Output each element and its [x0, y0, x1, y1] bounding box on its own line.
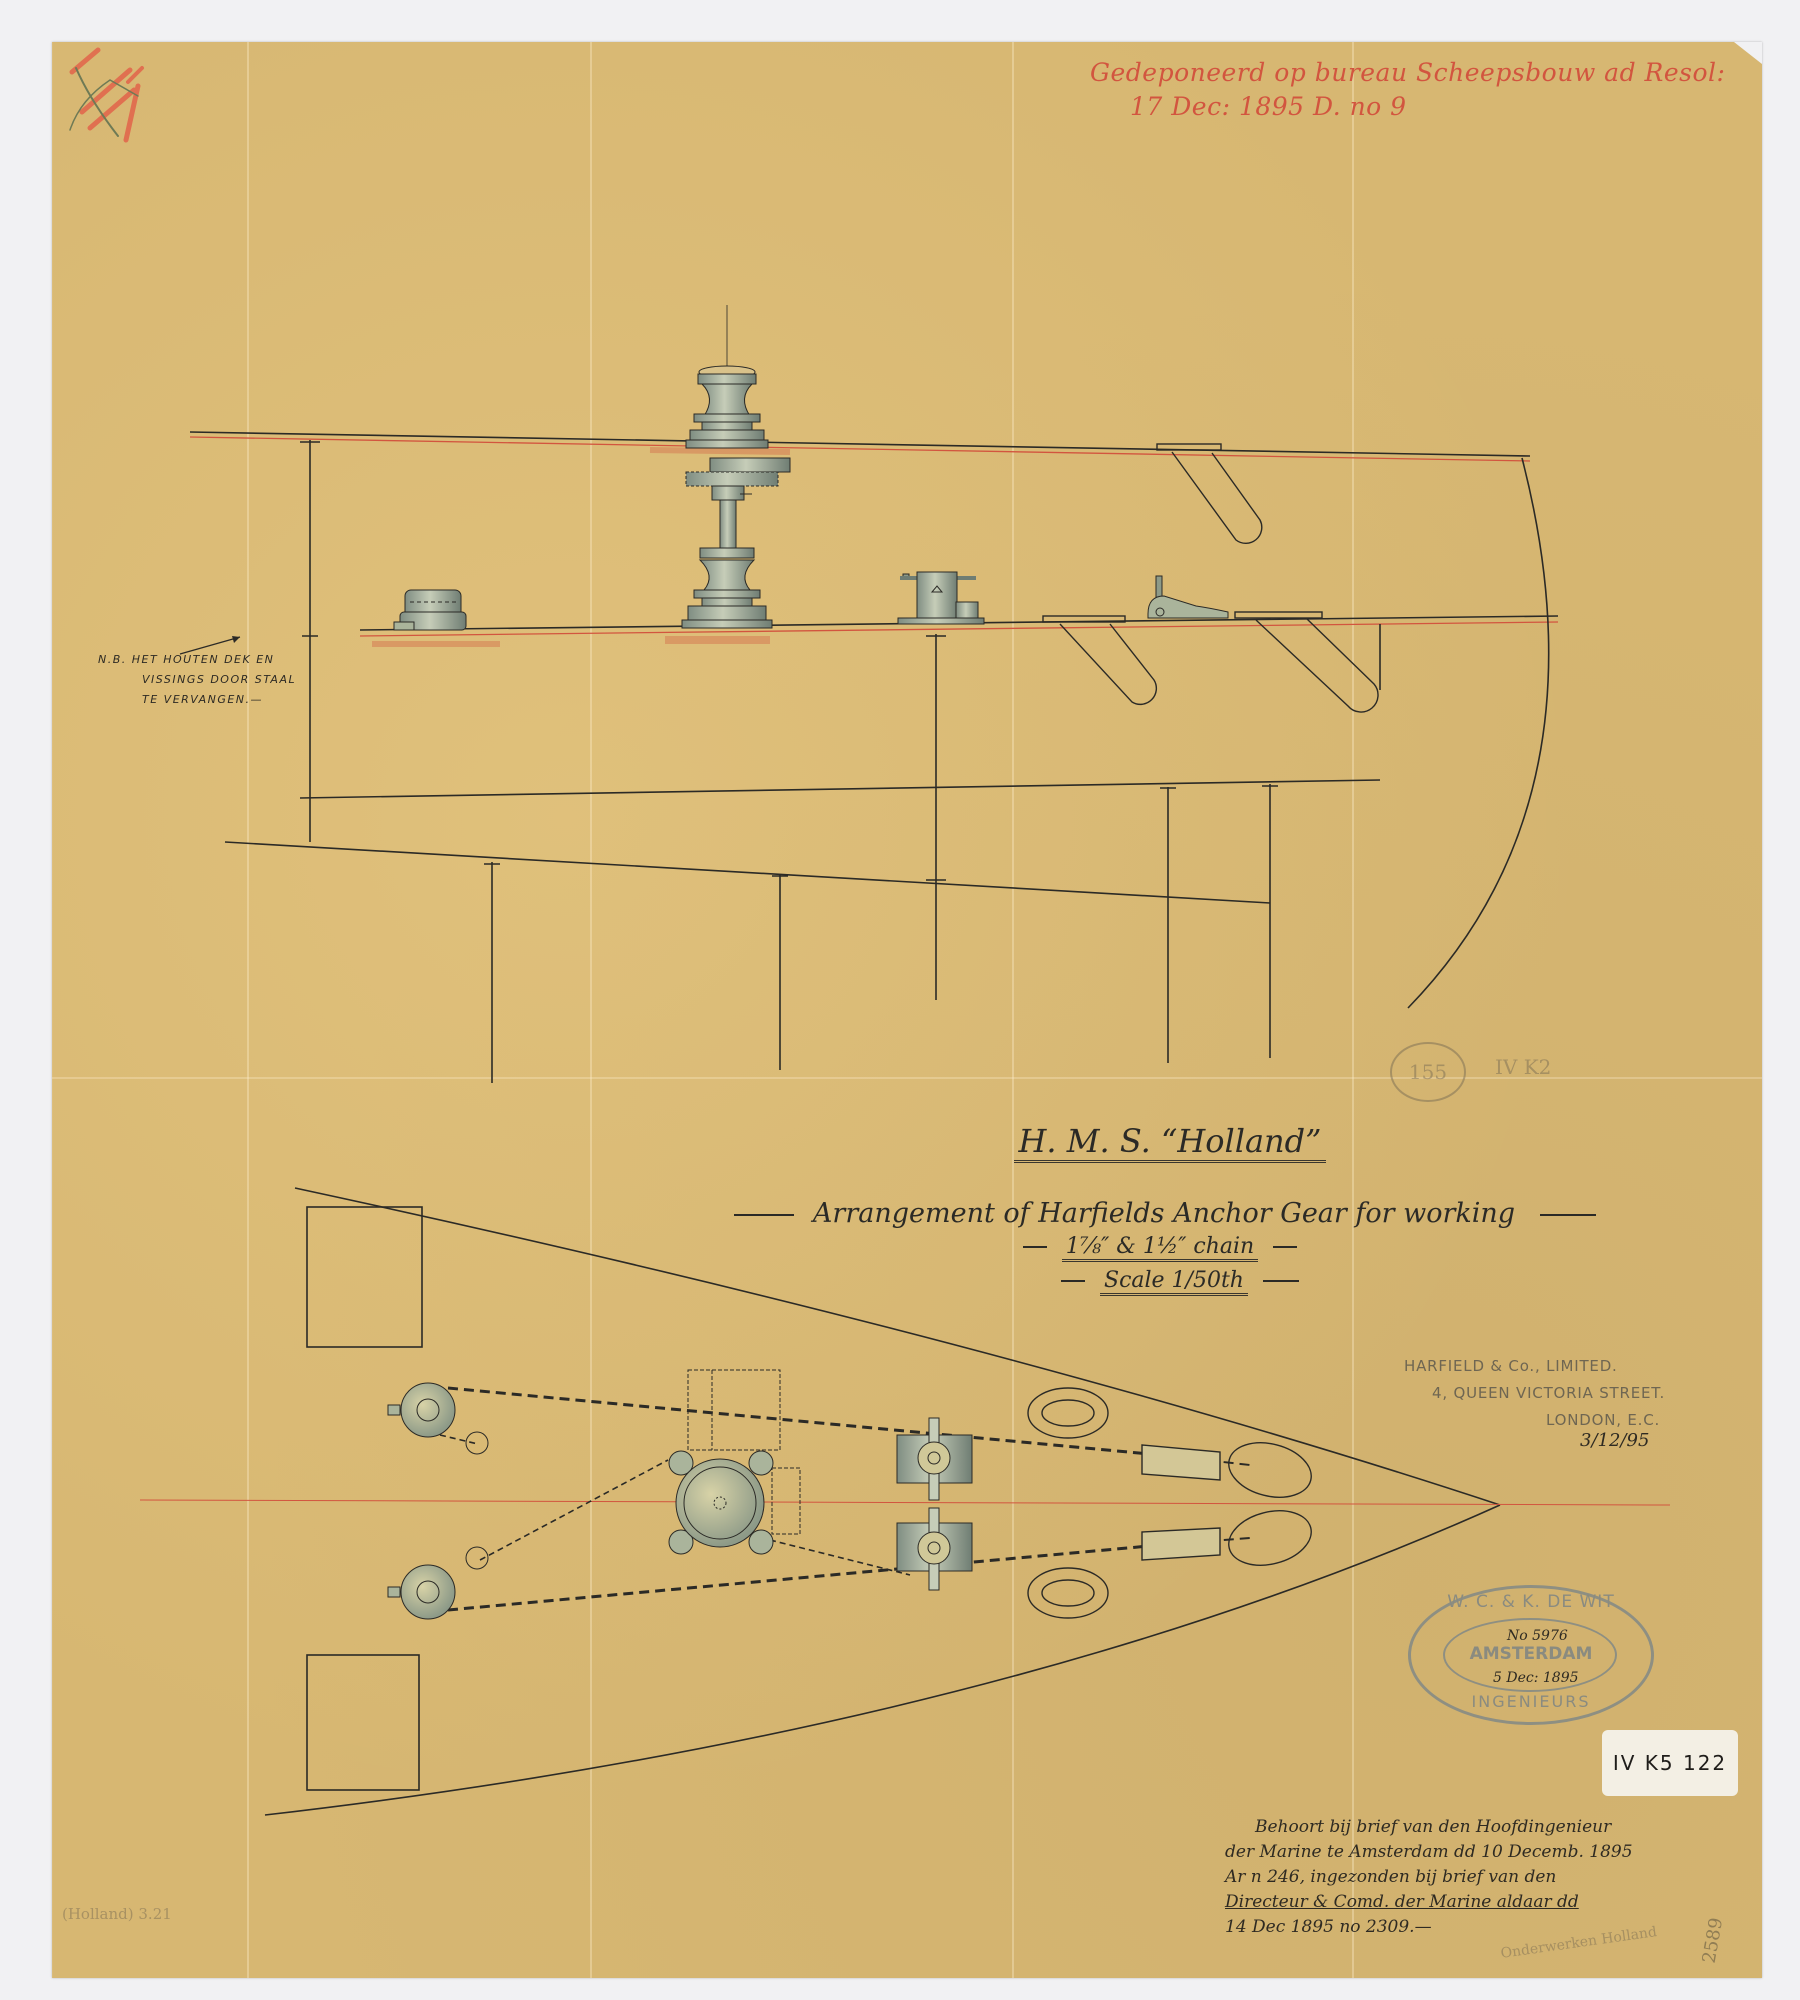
bollard-icon — [898, 572, 984, 624]
maker-name: HARFIELD & Co., LIMITED. — [1404, 1357, 1618, 1375]
handwritten-note: Behoort bij brief van den Hoofdingenieur… — [1225, 1815, 1633, 1940]
stamp-firm: W. C. & K. DE WIT — [1411, 1592, 1651, 1612]
stamp-date: 5 Dec: 1895 — [1493, 1666, 1579, 1691]
note-line1: Behoort bij brief van den Hoofdingenieur — [1225, 1815, 1633, 1840]
nb-note-line2: VISSINGS DOOR STAAL — [98, 670, 296, 690]
ship-name: H. M. S. “Holland” — [1014, 1122, 1325, 1163]
stamp-footer: INGENIEURS — [1411, 1692, 1651, 1711]
pencil-note-left: (Holland) 3.21 — [62, 1905, 172, 1923]
scale-row: Scale 1/50th — [1020, 1268, 1340, 1293]
deposit-annotation-line2: 17 Dec: 1895 D. no 9 — [1090, 90, 1725, 124]
rule-dash — [1023, 1246, 1047, 1248]
rule-dash — [1540, 1214, 1596, 1216]
windlass-gear-icon — [686, 458, 790, 548]
cable-bitt-icon — [897, 1418, 972, 1500]
subtitle-row: Arrangement of Harfields Anchor Gear for… — [690, 1198, 1640, 1229]
archive-label: IV K5 122 — [1602, 1730, 1738, 1796]
chain-row: 1⅞″ & 1½″ chain — [1010, 1234, 1310, 1259]
maker-city: LONDON, E.C. — [1546, 1411, 1660, 1429]
maker-street: 4, QUEEN VICTORIA STREET. — [1432, 1384, 1665, 1402]
archive-label-text: IV K5 122 — [1613, 1751, 1727, 1775]
rule-dash — [1061, 1280, 1085, 1282]
drawing-subtitle: Arrangement of Harfields Anchor Gear for… — [813, 1198, 1515, 1229]
drawing-scale: Scale 1/50th — [1100, 1268, 1248, 1296]
nb-note: N.B. HET HOUTEN DEK EN VISSINGS DOOR STA… — [98, 650, 296, 710]
chain-size: 1⅞″ & 1½″ chain — [1062, 1234, 1258, 1262]
chain-stopper-icon — [1148, 576, 1228, 618]
nb-note-line1: N.B. HET HOUTEN DEK EN — [98, 650, 296, 670]
note-line4: Directeur & Comd. der Marine aldaar dd — [1225, 1890, 1633, 1915]
engineer-stamp: W. C. & K. DE WIT No 5976 AMSTERDAM 5 De… — [1408, 1585, 1654, 1725]
cable-bitt-icon — [897, 1508, 972, 1590]
note-line2: der Marine te Amsterdam dd 10 Decemb. 18… — [1225, 1840, 1633, 1865]
rule-dash — [1263, 1280, 1299, 1282]
capstan-lower-icon — [682, 548, 772, 628]
nb-note-line3: TE VERVANGEN.— — [98, 690, 296, 710]
pencil-circled-number: 155 — [1390, 1042, 1466, 1102]
title-block: H. M. S. “Holland” — [880, 1122, 1460, 1160]
small-capstan-icon — [394, 590, 466, 630]
deposit-annotation: Gedeponeerd op bureau Scheepsbouw ad Res… — [1090, 56, 1725, 124]
stamp-city: AMSTERDAM — [1411, 1644, 1651, 1664]
note-line3: Ar n 246, ingezonden bij brief van den — [1225, 1865, 1633, 1890]
deposit-annotation-line1: Gedeponeerd op bureau Scheepsbouw ad Res… — [1090, 56, 1725, 90]
capstan-plan-icon — [669, 1370, 800, 1554]
pencil-reference: IV K2 — [1495, 1055, 1551, 1079]
maker-date: 3/12/95 — [1580, 1428, 1649, 1453]
capstan-upper-icon — [686, 305, 768, 448]
rule-dash — [1273, 1246, 1297, 1248]
rule-dash — [734, 1214, 794, 1216]
corner-mark-icon — [70, 50, 142, 140]
